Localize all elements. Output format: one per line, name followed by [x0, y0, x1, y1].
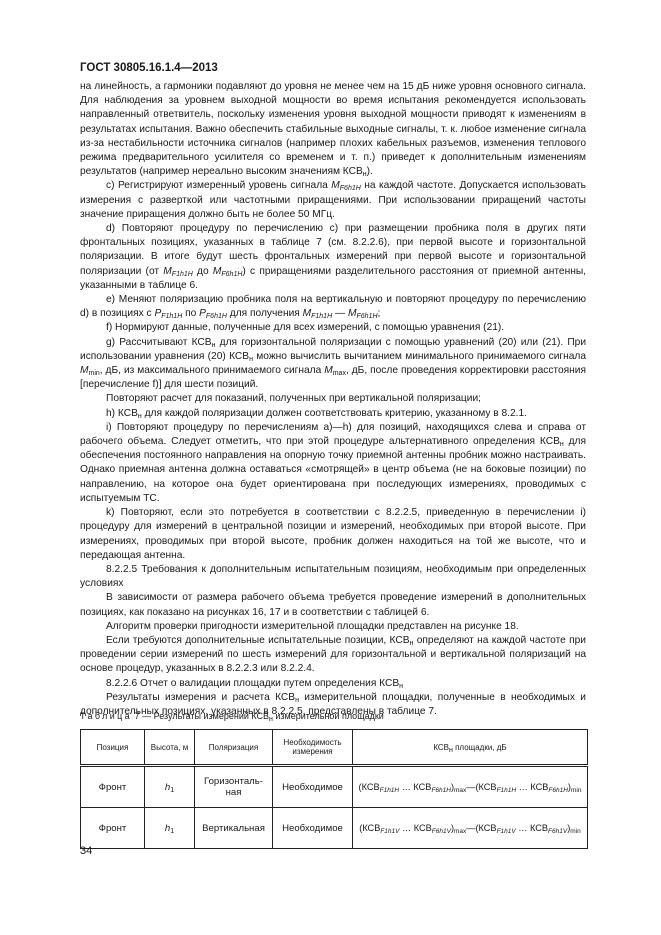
cell-necessity: Необходимое [273, 808, 353, 849]
paragraph-algorithm: Алгоритм проверки пригодности измеритель… [80, 620, 586, 634]
item-i: i) Повторяют процедуру по перечислениям … [80, 421, 586, 506]
table-header-row: Позиция Высота, м Поляризация Необходимо… [81, 730, 588, 766]
header-polarization: Поляризация [195, 730, 273, 766]
header-height: Высота, м [145, 730, 195, 766]
body-text: на линейность, а гармоники подавляют до … [80, 80, 586, 719]
item-c: c) Регистрируют измеренный уровень сигна… [80, 179, 586, 222]
cell-formula: (КСВF1h1V … КСВF6h1V)max—(КСВF1h1V … КСВ… [353, 808, 588, 849]
item-d: d) Повторяют процедуру по перечислению с… [80, 222, 586, 293]
cell-polarization: Горизонталь­ная [195, 766, 273, 808]
cell-position: Фронт [81, 808, 145, 849]
table-7: Позиция Высота, м Поляризация Необходимо… [80, 729, 588, 849]
item-k: k) Повторяют, если это потребуется в соо… [80, 506, 586, 563]
cell-height: h1 [145, 808, 195, 849]
header-necessity: Необходимость измерения [273, 730, 353, 766]
section-8-2-2-5-heading: 8.2.2.5 Требования к дополнительным испы… [80, 563, 586, 591]
page-number: 34 [80, 845, 92, 857]
item-g: g) Рассчитывают КСВн для горизонтальной … [80, 336, 586, 393]
cell-height: h1 [145, 766, 195, 808]
table-row: Фронт h1 Горизонталь­ная Необходимое (КС… [81, 766, 588, 808]
document-header: ГОСТ 30805.16.1.4—2013 [80, 62, 218, 74]
cell-necessity: Необходимое [273, 766, 353, 808]
repeat-note: Повторяют расчет для показаний, полученн… [80, 392, 586, 406]
cell-formula: (КСВF1h1H … КСВF6h1H)max—(КСВF1h1H … КСВ… [353, 766, 588, 808]
cell-position: Фронт [81, 766, 145, 808]
section-8-2-2-6-heading: 8.2.2.6 Отчет о валидации площадки путем… [80, 677, 586, 691]
item-h: h) КСВн для каждой поляризации должен со… [80, 407, 586, 421]
table-caption: Таблица 7 — Результаты измерений КСВн из… [80, 711, 384, 721]
header-position: Позиция [81, 730, 145, 766]
cell-polarization: Вертикальная [195, 808, 273, 849]
paragraph-continuation: на линейность, а гармоники подавляют до … [80, 80, 586, 179]
item-f: f) Нормируют данные, полученные для всех… [80, 321, 586, 335]
table-row: Фронт h1 Вертикальная Необходимое (КСВF1… [81, 808, 588, 849]
paragraph-extra-positions: Если требуются дополнительные испытатель… [80, 634, 586, 677]
header-vswr: КСВн площадки, дБ [353, 730, 588, 766]
paragraph-dependency: В зависимости от размера рабочего объема… [80, 591, 586, 619]
item-e: e) Меняют поляризацию пробника поля на в… [80, 293, 586, 321]
